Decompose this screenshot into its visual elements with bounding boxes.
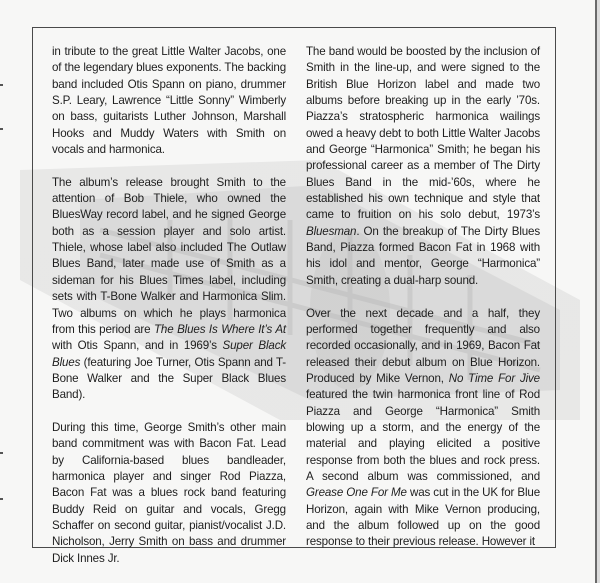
album-title: The Blues Is Where It’s At [154, 323, 286, 336]
booklet-page: in tribute to the great Little Walter Ja… [0, 0, 600, 583]
left-text-column: in tribute to the great Little Walter Ja… [52, 44, 286, 567]
album-title: No Time For Jive [449, 372, 540, 385]
paragraph: The album’s release brought Smith to the… [52, 175, 286, 404]
album-title: Grease One For Me [306, 486, 407, 499]
paragraph: During this time, George Smith’s other m… [52, 420, 286, 567]
paragraph: The band would be boosted by the inclusi… [306, 44, 540, 289]
binding-mark [0, 498, 3, 500]
right-text-column: The band would be boosted by the inclusi… [306, 44, 540, 551]
binding-mark [0, 128, 3, 130]
paragraph: in tribute to the great Little Walter Ja… [52, 44, 286, 158]
album-title: Bluesman [306, 225, 356, 238]
binding-mark [0, 84, 3, 86]
paragraph: Over the next decade and a half, they pe… [306, 306, 540, 551]
binding-mark [0, 452, 3, 454]
